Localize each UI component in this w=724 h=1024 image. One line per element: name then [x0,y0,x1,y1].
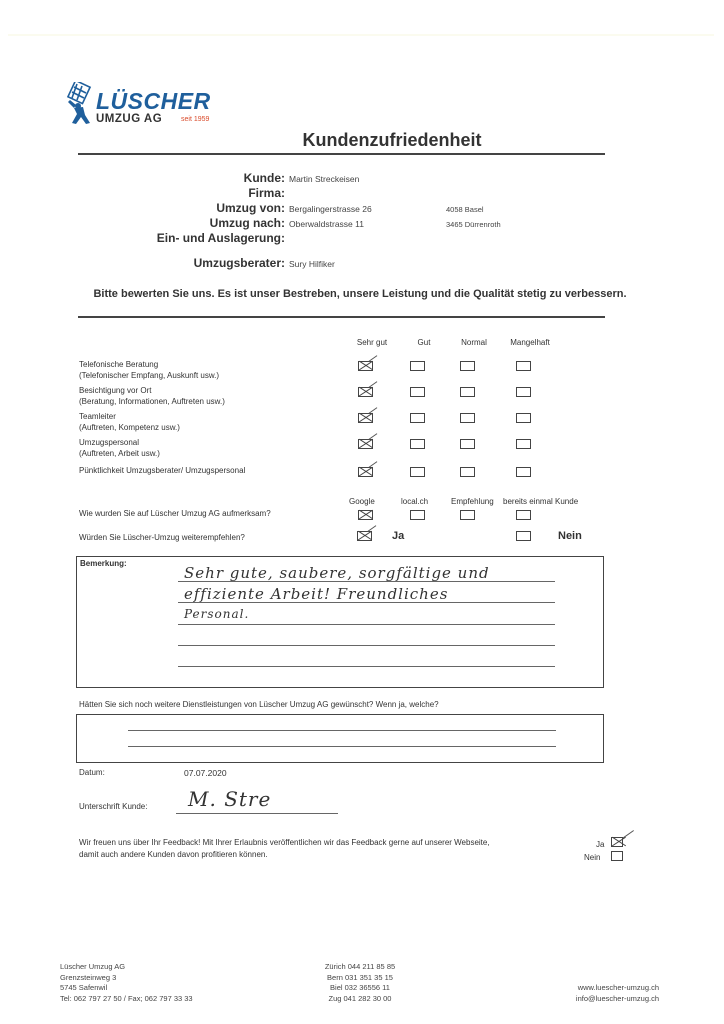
rating-checkbox-gut[interactable] [410,467,425,477]
rating-checkbox-normal[interactable] [460,439,475,449]
signature-line [176,813,338,814]
footer-address: Lüscher Umzug AG Grenzsteinweg 3 5745 Sa… [60,962,193,1004]
rating-checkbox-sehr-gut[interactable] [358,467,373,477]
rating-row-title: Teamleiter [79,411,180,422]
rating-checkbox-mangelhaft[interactable] [516,467,531,477]
footer-branch-biel: Biel 032 36556 11 [290,983,430,994]
recommend-yes-checkbox[interactable] [357,531,372,541]
signature-label: Unterschrift Kunde: [79,802,147,811]
intro-text: Bitte bewerten Sie uns. Es ist unser Bes… [70,286,650,302]
firma-label: Firma: [65,186,285,200]
rating-row-subtitle: (Beratung, Informationen, Auftreten usw.… [79,396,225,407]
source-checkbox-google[interactable] [358,510,373,520]
source-option-label: Google [349,497,375,506]
services-question: Hätten Sie sich noch weitere Dienstleist… [79,700,439,709]
umzug-nach-city: 3465 Dürrenroth [446,220,501,229]
rating-checkbox-mangelhaft[interactable] [516,361,531,371]
source-option-label: Empfehlung [451,497,494,506]
rating-checkbox-mangelhaft[interactable] [516,413,531,423]
title-rule [78,153,605,155]
footer-company: Lüscher Umzug AG [60,962,193,973]
umzug-nach-label: Umzug nach: [65,216,285,230]
rating-row-label: Telefonische Beratung(Telefonischer Empf… [79,359,219,381]
remark-line-5 [178,666,555,667]
remark-handwriting-2: effiziente Arbeit! Freundliches [184,585,448,603]
footer-branch-bern: Bern 031 351 35 15 [290,973,430,984]
rating-checkbox-normal[interactable] [460,413,475,423]
publish-no-label: Nein [584,853,600,862]
date-value: 07.07.2020 [184,768,227,778]
berater-value: Sury Hilfiker [289,259,335,269]
rating-row-title: Umzugspersonal [79,437,160,448]
rating-row-subtitle: (Auftreten, Arbeit usw.) [79,448,160,459]
recommend-no-checkbox[interactable] [516,531,531,541]
rating-row-title: Pünktlichkeit Umzugsberater/ Umzugsperso… [79,465,245,476]
berater-label: Umzugsberater: [65,256,285,270]
footer-branches: Zürich 044 211 85 85 Bern 031 351 35 15 … [290,962,430,1004]
date-label: Datum: [79,768,105,777]
rating-checkbox-gut[interactable] [410,387,425,397]
publish-text-1: Wir freuen uns über Ihr Feedback! Mit Ih… [79,838,490,847]
footer-branch-zurich: Zürich 044 211 85 85 [290,962,430,973]
publish-no-checkbox[interactable] [611,851,623,861]
source-checkbox-local-ch[interactable] [410,510,425,520]
kunde-value: Martin Streckeisen [289,174,359,184]
umzug-nach-street: Oberwaldstrasse 11 [289,219,364,229]
page-title: Kundenzufriedenheit [0,130,724,151]
source-checkbox-empfehlung[interactable] [460,510,475,520]
umzug-von-label: Umzug von: [65,201,285,215]
rating-column-mangelhaft: Mangelhaft [495,338,565,347]
rating-row-label: Pünktlichkeit Umzugsberater/ Umzugsperso… [79,465,245,476]
scan-edge [8,34,714,36]
rating-row-subtitle: (Telefonischer Empfang, Auskunft usw.) [79,370,219,381]
footer-contact: www.luescher-umzug.ch info@luescher-umzu… [576,983,659,1004]
lagerung-label: Ein- und Auslagerung: [65,231,285,245]
rating-checkbox-gut[interactable] [410,439,425,449]
umzug-von-street: Bergalingerstrasse 26 [289,204,372,214]
logo-subtitle: UMZUG AG [96,113,162,125]
recommend-question: Würden Sie Lüscher-Umzug weiterempfehlen… [79,533,245,542]
logo-brand: LÜSCHER [96,88,211,115]
remark-line-4 [178,645,555,646]
source-checkbox-bereits-einmal-kunde[interactable] [516,510,531,520]
footer-branch-zug: Zug 041 282 30 00 [290,994,430,1005]
footer-email-link[interactable]: info@luescher-umzug.ch [576,994,659,1005]
signature-handwriting: M. Stre [188,787,271,811]
logo-since: seit 1959 [181,116,209,123]
remark-handwriting-3: Personal. [184,607,249,621]
services-box[interactable] [76,714,604,763]
kunde-label: Kunde: [65,171,285,185]
source-option-label: local.ch [401,497,428,506]
rating-checkbox-normal[interactable] [460,387,475,397]
remark-line-3 [178,624,555,625]
umzug-von-city: 4058 Basel [446,205,484,214]
intro-rule [78,316,605,318]
rating-row-label: Besichtigung vor Ort(Beratung, Informati… [79,385,225,407]
source-question-text: Wie wurden Sie auf Lüscher Umzug AG aufm… [79,509,271,518]
footer-phone: Tel: 062 797 27 50 / Fax; 062 797 33 33 [60,994,193,1005]
publish-yes-checkbox[interactable] [611,837,623,847]
rating-row-label: Teamleiter(Auftreten, Kompetenz usw.) [79,411,180,433]
footer-street: Grenzsteinweg 3 [60,973,193,984]
rating-checkbox-sehr-gut[interactable] [358,361,373,371]
rating-checkbox-normal[interactable] [460,467,475,477]
publish-text-2: damit auch andere Kunden davon profitier… [79,850,268,859]
rating-checkbox-normal[interactable] [460,361,475,371]
rating-checkbox-gut[interactable] [410,413,425,423]
mover-logo-icon [64,82,98,124]
rating-checkbox-sehr-gut[interactable] [358,387,373,397]
rating-row-title: Besichtigung vor Ort [79,385,225,396]
rating-checkbox-sehr-gut[interactable] [358,413,373,423]
recommend-yes-label: Ja [392,530,404,542]
rating-checkbox-mangelhaft[interactable] [516,387,531,397]
services-line-1 [128,730,556,731]
source-option-label: bereits einmal Kunde [503,497,578,506]
footer-website-link[interactable]: www.luescher-umzug.ch [576,983,659,994]
remark-handwriting-1: Sehr gute, saubere, sorgfältige und [184,564,490,582]
rating-checkbox-sehr-gut[interactable] [358,439,373,449]
services-line-2 [128,746,556,747]
rating-row-subtitle: (Auftreten, Kompetenz usw.) [79,422,180,433]
rating-checkbox-mangelhaft[interactable] [516,439,531,449]
remark-label: Bemerkung: [80,559,127,568]
rating-row-title: Telefonische Beratung [79,359,219,370]
footer-city: 5745 Safenwil [60,983,193,994]
publish-yes-label: Ja [596,840,604,849]
rating-row-label: Umzugspersonal(Auftreten, Arbeit usw.) [79,437,160,459]
recommend-no-label: Nein [558,530,582,542]
rating-checkbox-gut[interactable] [410,361,425,371]
